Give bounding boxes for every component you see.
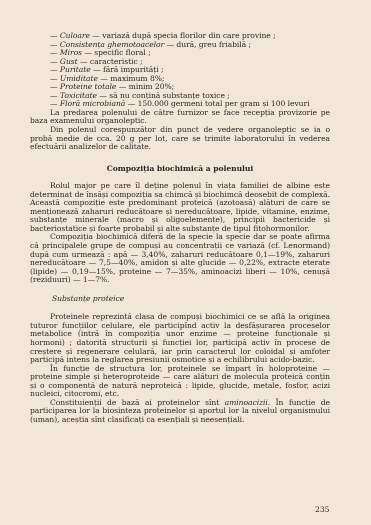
quality-criteria-list: — Culoare — variază după specia florilor… <box>30 32 330 109</box>
paragraph: Compoziția biochimică diferă de la speci… <box>30 233 330 284</box>
section-heading: Compoziția biochimică a polenului <box>30 165 330 174</box>
subsection-heading: Substanțe proteice <box>52 295 330 304</box>
paragraph: Din polenul corespunzător din punct de v… <box>30 126 330 152</box>
paragraph: În funcție de structura lor, proteinele … <box>30 365 330 399</box>
paragraph: Rolul major pe care îl deține polenul în… <box>30 182 330 233</box>
paragraph: Constituienții de bază ai proteinelor sî… <box>30 399 330 425</box>
page-number: 235 <box>315 505 330 514</box>
paragraph: Proteinele reprezintă clasa de compuși b… <box>30 313 330 364</box>
page-body: — Culoare — variază după specia florilor… <box>30 32 330 424</box>
paragraph: La predarea polenului de către furnizor … <box>30 109 330 126</box>
